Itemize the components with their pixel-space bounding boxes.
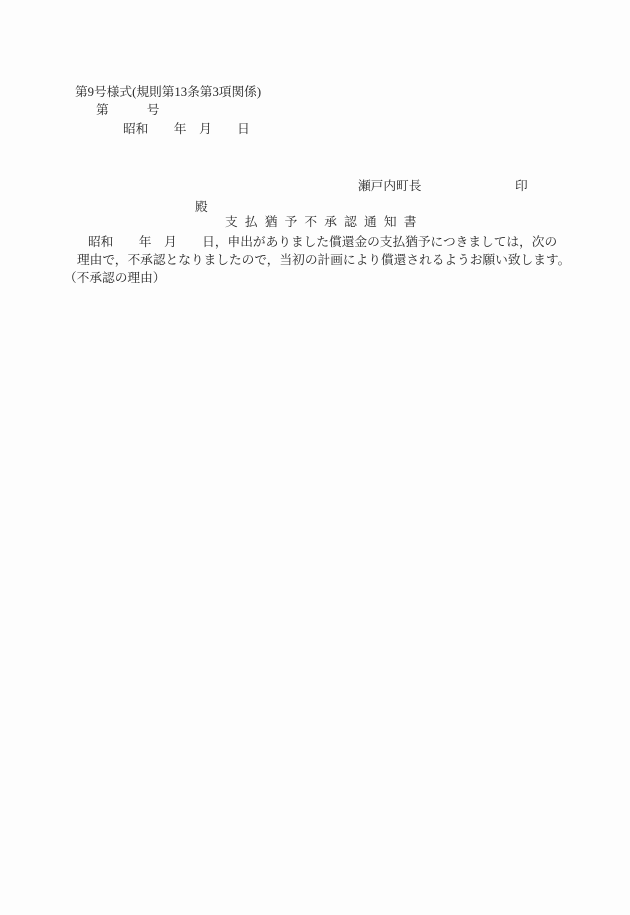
seal-placeholder: 印 bbox=[515, 179, 528, 194]
document-title: 支 払 猶 予 不 承 認 通 知 書 bbox=[225, 215, 418, 230]
addressee-honorific: 殿 bbox=[195, 200, 208, 215]
body-paragraph-line-1: 昭和 年 月 日，申出がありました償還金の支払猶予につきましては，次の bbox=[88, 235, 557, 250]
document-number-blank-line: 第 号 bbox=[96, 103, 159, 118]
form-number-line: 第9号様式(規則第13条第3項関係) bbox=[75, 85, 261, 100]
sender-title: 瀬戸内町長 bbox=[358, 179, 421, 194]
rejection-reason-heading: （不承認の理由） bbox=[64, 271, 166, 286]
issue-date-blank-line: 昭和 年 月 日 bbox=[123, 122, 250, 137]
notice-form-page: 第9号様式(規則第13条第3項関係) 第 号 昭和 年 月 日 瀬戸内町長 印 … bbox=[0, 0, 630, 915]
body-paragraph-line-2: 理由で，不承認となりましたので，当初の計画により償還されるようお願い致します。 bbox=[77, 253, 570, 268]
